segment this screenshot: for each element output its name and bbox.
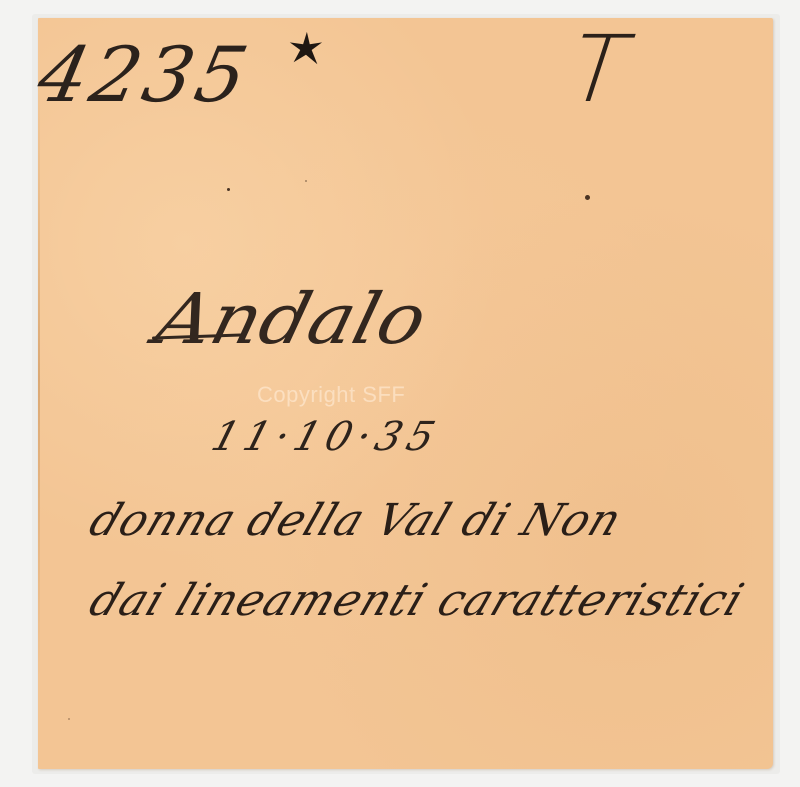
paper-speck: [585, 195, 590, 200]
catalog-number: 4235: [31, 30, 259, 119]
paper-speck: [227, 188, 230, 191]
paper-speck: [68, 718, 70, 720]
index-card: [38, 18, 773, 769]
star-icon: [286, 30, 324, 68]
date: 11·10·35: [206, 414, 445, 460]
place-name: Andalo: [148, 278, 435, 360]
description-line: dai lineamenti caratteristici: [83, 575, 751, 626]
description-line: donna della Val di Non: [83, 495, 629, 546]
card-edge-stain: [38, 78, 40, 678]
copyright-watermark: Copyright SFF: [257, 382, 405, 408]
paper-speck: [305, 180, 307, 182]
